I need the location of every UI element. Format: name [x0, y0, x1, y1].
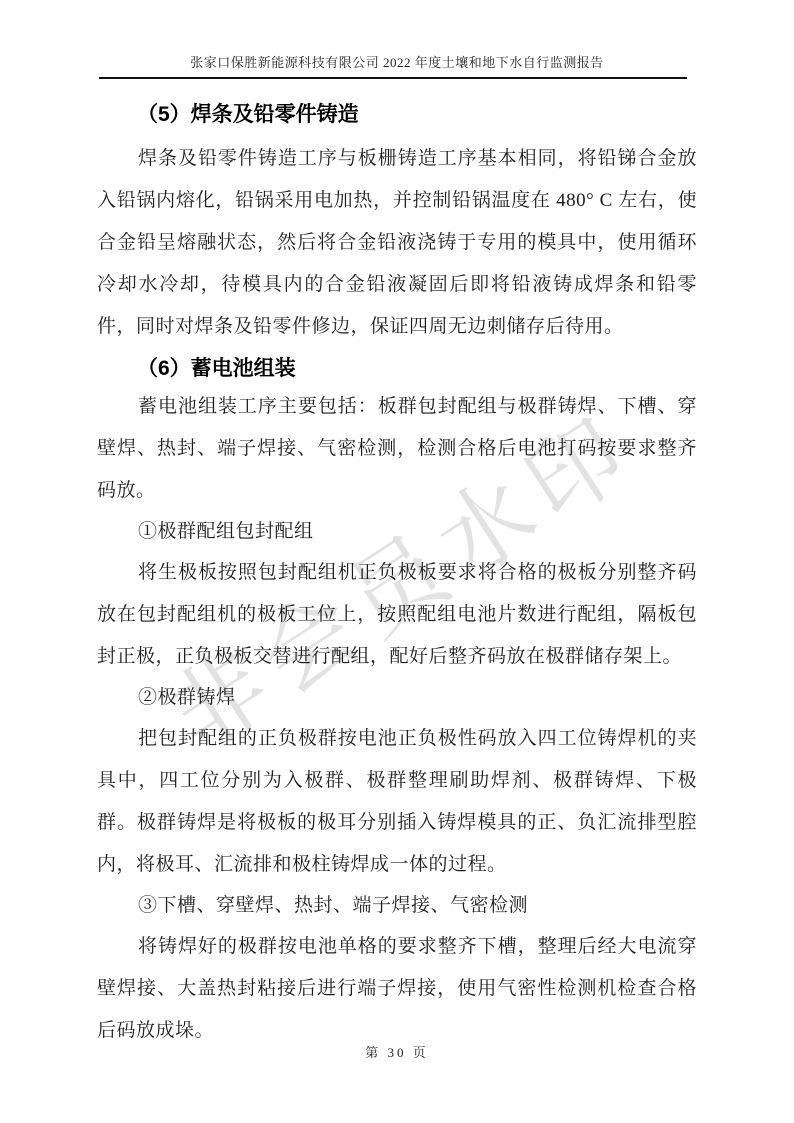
section-heading-6: （6）蓄电池组装 — [97, 352, 697, 386]
paragraph-section-6-intro: 蓄电池组装工序主要包括：板群包封配组与极群铸焊、下槽、穿壁焊、热封、端子焊接、气… — [97, 386, 697, 512]
document-page: 张家口保胜新能源科技有限公司 2022 年度土壤和地下水自行监测报告 非会员水印… — [0, 0, 794, 1123]
step-paragraph-1: 将生极板按照包封配组机正负极板要求将合格的极板分别整齐码放在包封配组机的极板工位… — [97, 552, 697, 678]
paragraph-section-5: 焊条及铅零件铸造工序与板栅铸造工序基本相同，将铅锑合金放入铅锅内熔化，铅锅采用电… — [97, 138, 697, 348]
step-paragraph-2: 把包封配组的正负极群按电池正负极性码放入四工位铸焊机的夹具中，四工位分别为入极群… — [97, 718, 697, 886]
step-title-3: ③下槽、穿壁焊、热封、端子焊接、气密检测 — [97, 886, 697, 926]
section-heading-5: （5）焊条及铅零件铸造 — [97, 98, 697, 132]
step-title-2: ②极群铸焊 — [97, 678, 697, 718]
step-title-1: ①极群配组包封配组 — [97, 512, 697, 552]
document-body: （5）焊条及铅零件铸造 焊条及铅零件铸造工序与板栅铸造工序基本相同，将铅锑合金放… — [97, 98, 697, 1052]
header-rule — [99, 77, 687, 79]
page-number: 第 30 页 — [0, 1042, 794, 1061]
step-paragraph-3: 将铸焊好的极群按电池单格的要求整齐下槽，整理后经大电流穿壁焊接、大盖热封粘接后进… — [97, 926, 697, 1052]
running-header: 张家口保胜新能源科技有限公司 2022 年度土壤和地下水自行监测报告 — [0, 52, 794, 71]
